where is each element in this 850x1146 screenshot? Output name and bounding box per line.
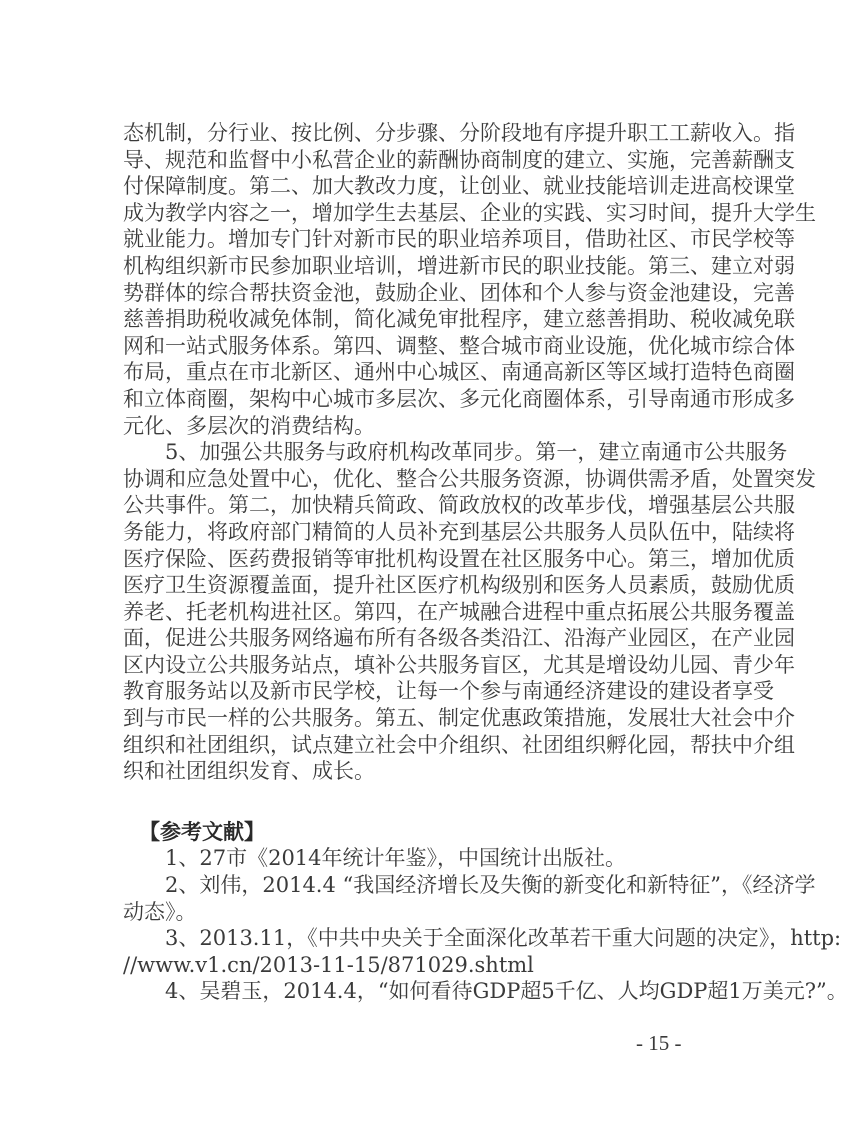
- text-line: 机构组织新市民参加职业培训，增进新市民的职业技能。第三、建立对弱: [123, 253, 729, 280]
- reference-item: 4、吴碧玉，2014.4，“如何看待GDP超5千亿、人均GDP超1万美元?”。: [123, 978, 729, 1005]
- text-line: 医疗保险、医药费报销等审批机构设置在社区服务中心。第三，增加优质: [123, 546, 729, 573]
- text-line: 元化、多层次的消费结构。: [123, 413, 729, 440]
- text-line: 织和社团组织发育、成长。: [123, 758, 729, 785]
- reference-url: //www.v1.cn/2013-11-15/871029.shtml: [123, 952, 729, 979]
- section-gap: [123, 785, 729, 819]
- text-line: 势群体的综合帮扶资金池，鼓励企业、团体和个人参与资金池建设，完善: [123, 280, 729, 307]
- text-line: 医疗卫生资源覆盖面，提升社区医疗机构级别和医务人员素质，鼓励优质: [123, 572, 729, 599]
- text-line: 导、规范和监督中小私营企业的薪酬协商制度的建立、实施，完善薪酬支: [123, 147, 729, 174]
- text-line: 养老、托老机构进社区。第四，在产城融合进程中重点拓展公共服务覆盖: [123, 599, 729, 626]
- text-line: 公共事件。第二，加快精兵简政、简政放权的改革步伐，增强基层公共服: [123, 492, 729, 519]
- text-line: 5、加强公共服务与政府机构改革同步。第一，建立南通市公共服务: [123, 439, 729, 466]
- reference-item: 3、2013.11，《中共中央关于全面深化改革若干重大问题的决定》，http:: [123, 925, 729, 952]
- text-line: 和立体商圈，架构中心城市多层次、多元化商圈体系，引导南通市形成多: [123, 386, 729, 413]
- text-line: 教育服务站以及新市民学校，让每一个参与南通经济建设的建设者享受: [123, 678, 729, 705]
- document-page: 态机制，分行业、按比例、分步骤、分阶段地有序提升职工工薪收入。指 导、规范和监督…: [123, 120, 729, 1005]
- references-heading: 【参考文献】: [123, 819, 729, 846]
- text-line: 到与市民一样的公共服务。第五、制定优惠政策措施，发展壮大社会中介: [123, 705, 729, 732]
- text-line: 网和一站式服务体系。第四、调整、整合城市商业设施，优化城市综合体: [123, 333, 729, 360]
- reference-item-continuation: 动态》。: [123, 899, 729, 926]
- text-line: 区内设立公共服务站点，填补公共服务盲区，尤其是增设幼儿园、青少年: [123, 652, 729, 679]
- paragraph-public-services: 5、加强公共服务与政府机构改革同步。第一，建立南通市公共服务 协调和应急处置中心…: [123, 439, 729, 785]
- text-line: 就业能力。增加专门针对新市民的职业培养项目，借助社区、市民学校等: [123, 226, 729, 253]
- references-section: 【参考文献】 1、27市《2014年统计年鉴》，中国统计出版社。 2、刘伟，20…: [123, 819, 729, 1005]
- text-line: 务能力，将政府部门精简的人员补充到基层公共服务人员队伍中，陆续将: [123, 519, 729, 546]
- text-line: 面，促进公共服务网络遍布所有各级各类沿江、沿海产业园区，在产业园: [123, 625, 729, 652]
- text-line: 付保障制度。第二、加大教改力度，让创业、就业技能培训走进高校课堂: [123, 173, 729, 200]
- page-number: - 15 -: [636, 1031, 682, 1056]
- reference-item: 1、27市《2014年统计年鉴》，中国统计出版社。: [123, 845, 729, 872]
- text-line: 成为教学内容之一，增加学生去基层、企业的实践、实习时间，提升大学生: [123, 200, 729, 227]
- text-line: 协调和应急处置中心，优化、整合公共服务资源，协调供需矛盾，处置突发: [123, 466, 729, 493]
- reference-item: 2、刘伟，2014.4 “我国经济增长及失衡的新变化和新特征”，《经济学: [123, 872, 729, 899]
- text-line: 慈善捐助税收减免体制，简化减免审批程序，建立慈善捐助、税收减免联: [123, 306, 729, 333]
- text-line: 态机制，分行业、按比例、分步骤、分阶段地有序提升职工工薪收入。指: [123, 120, 729, 147]
- text-line: 布局，重点在市北新区、通州中心城区、南通高新区等区域打造特色商圈: [123, 359, 729, 386]
- paragraph-income-and-commerce: 态机制，分行业、按比例、分步骤、分阶段地有序提升职工工薪收入。指 导、规范和监督…: [123, 120, 729, 439]
- text-line: 组织和社团组织，试点建立社会中介组织、社团组织孵化园，帮扶中介组: [123, 732, 729, 759]
